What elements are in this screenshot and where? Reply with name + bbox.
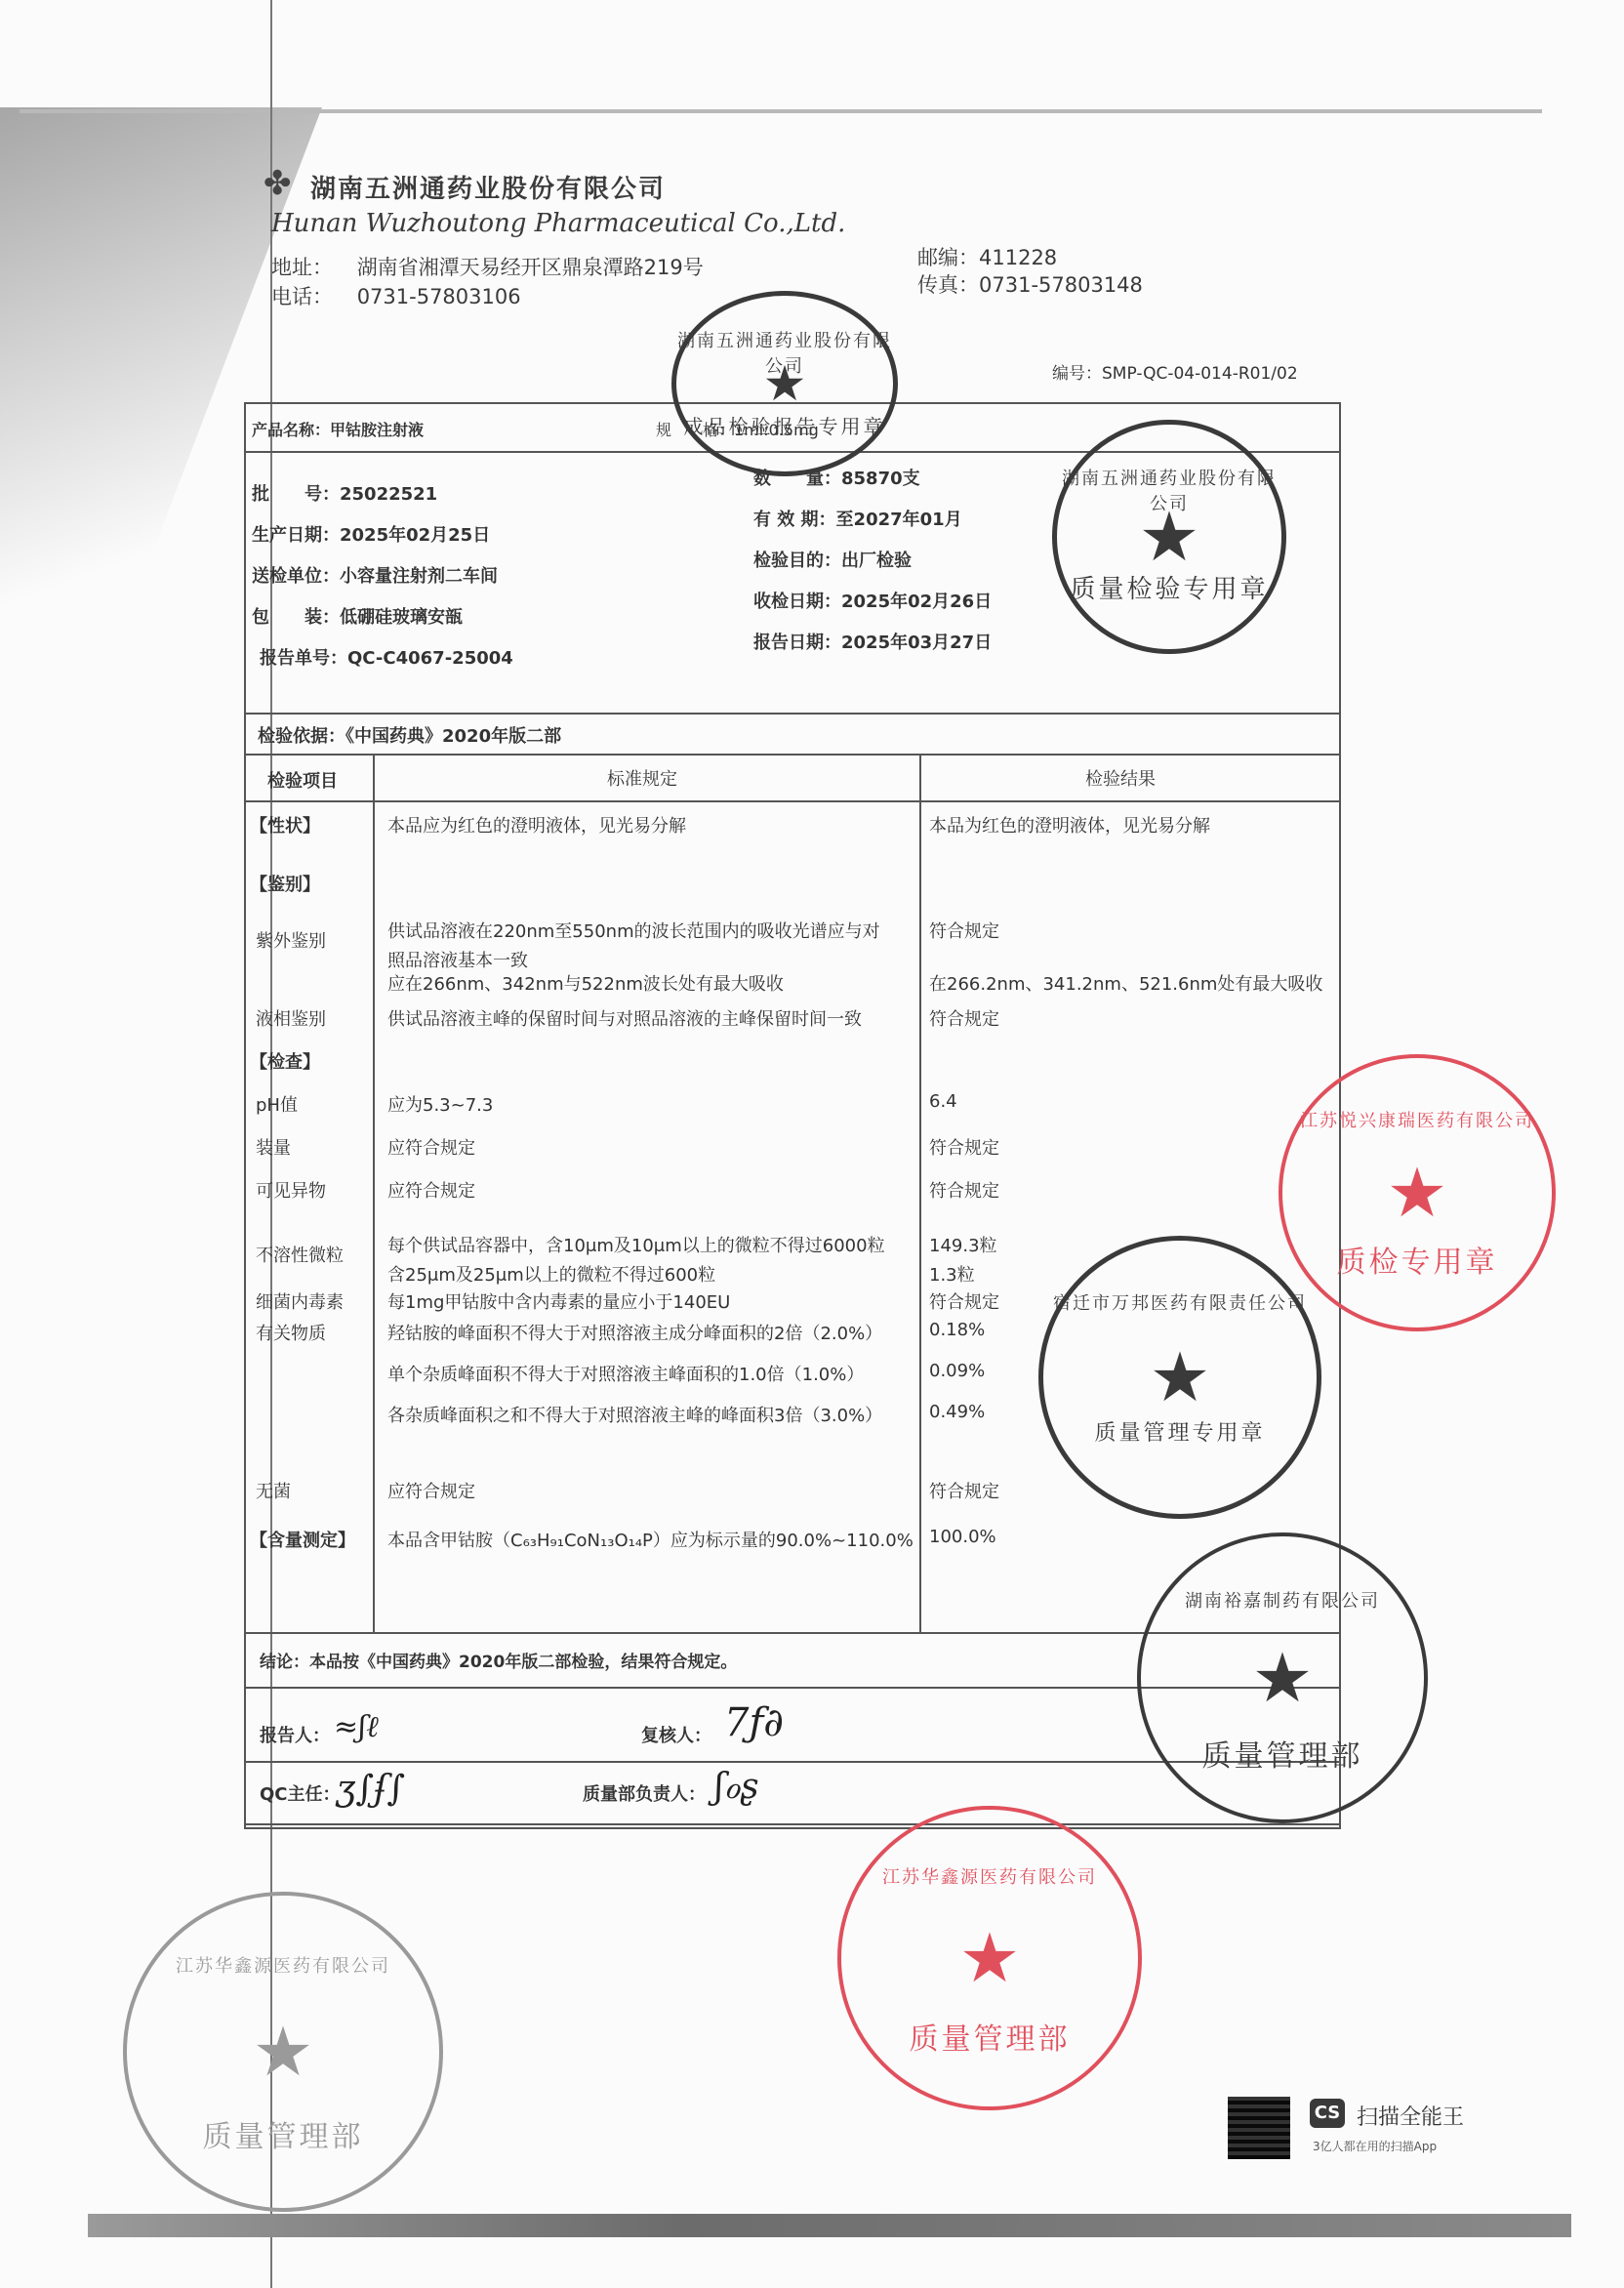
address-value: 湖南省湘潭天易经开区鼎泉潭路219号 — [357, 256, 704, 279]
row-item: 【含量测定】 — [250, 1527, 355, 1552]
divider — [246, 1823, 1339, 1825]
phone-value: 0731-57803106 — [357, 285, 521, 308]
stamp-text: 江苏华鑫源医药有限公司 — [841, 1863, 1138, 1889]
scan-edge-bottom — [88, 2214, 1571, 2237]
row-item: 紫外鉴别 — [256, 927, 326, 953]
col-divider — [373, 754, 375, 1632]
product-field: 产品名称：甲钴胺注射液 — [252, 418, 424, 440]
row-result: 符合规定 — [929, 1288, 999, 1314]
row-result: 符合规定 — [929, 1134, 999, 1160]
row-standard: 供试品溶液在220nm至550nm的波长范围内的吸收光谱应与对 — [387, 918, 880, 943]
qc-head-label: QC主任： — [260, 1780, 341, 1806]
phone-line: 电话： 0731-57803106 — [271, 281, 521, 310]
row-result: 6.4 — [929, 1091, 957, 1112]
star-icon: ★ — [1252, 1644, 1314, 1712]
row-result: 1.3粒 — [929, 1261, 975, 1287]
stamp-text: 质量管理部 — [127, 2112, 439, 2155]
row-standard: 应符合规定 — [387, 1478, 475, 1503]
row-item: 不溶性微粒 — [256, 1242, 344, 1267]
reporter-label: 报告人： — [260, 1722, 330, 1747]
stamp-suqian-wanbang: 宿迁市万邦医药有限责任公司 ★ 质量管理专用章 — [1038, 1236, 1321, 1519]
row-item: 细菌内毒素 — [256, 1288, 344, 1314]
header-divider — [246, 800, 1339, 802]
row-standard: 应符合规定 — [387, 1134, 475, 1160]
qa-head-label: 质量部负责人： — [583, 1780, 706, 1806]
scan-edge-top — [20, 109, 1542, 113]
row-item: 【鉴别】 — [250, 871, 320, 896]
stamp-jiangsu-huaxinyuan-red: 江苏华鑫源医药有限公司 ★ 质量管理部 — [837, 1806, 1142, 2110]
row-item: 液相鉴别 — [256, 1005, 326, 1031]
submitter-field: 送检单位：小容量注射剂二车间 — [252, 562, 498, 588]
basis-field: 检验依据：《中国药典》2020年版二部 — [258, 722, 561, 748]
stamp-quality-inspection: 湖南五洲通药业股份有限公司 ★ 质量检验专用章 — [1052, 420, 1286, 654]
scanner-app-name: 扫描全能王 — [1357, 2101, 1464, 2131]
row-standard: 应为5.3~7.3 — [387, 1091, 493, 1117]
mfg-date-field: 生产日期：2025年02月25日 — [252, 521, 490, 547]
qc-head-signature: ʒ∫ʄ∫ — [336, 1769, 405, 1809]
row-standard: 各杂质峰面积之和不得大于对照溶液主峰的峰面积3倍（3.0%） — [387, 1402, 882, 1427]
row-result: 149.3粒 — [929, 1232, 997, 1257]
stamp-text: 质检专用章 — [1282, 1238, 1552, 1281]
expiry-field: 有 效 期：至2027年01月 — [753, 506, 962, 531]
fax-value: 0731-57803148 — [979, 273, 1143, 297]
row-result: 符合规定 — [929, 1478, 999, 1503]
document-number: 编号：SMP-QC-04-014-R01/02 — [1052, 359, 1298, 384]
stamp-text: 成品检验报告专用章 — [676, 411, 893, 439]
stamp-text: 质量管理专用章 — [1043, 1416, 1317, 1447]
purpose-field: 检验目的：出厂检验 — [753, 547, 912, 572]
stamp-text: 质量管理部 — [1141, 1732, 1424, 1775]
stamp-text: 宿迁市万邦医药有限责任公司 — [1043, 1289, 1317, 1315]
fax-line: 传真：0731-57803148 — [917, 269, 1143, 299]
qr-code-icon[interactable] — [1228, 2097, 1290, 2159]
star-icon: ★ — [959, 1924, 1021, 1992]
conclusion: 结论：本品按《中国药典》2020年版二部检验，结果符合规定。 — [260, 1648, 737, 1672]
row-item: 【性状】 — [250, 812, 320, 838]
phone-label: 电话： — [271, 285, 333, 308]
doc-no-value: SMP-QC-04-014-R01/02 — [1102, 364, 1298, 384]
star-icon: ★ — [1139, 503, 1200, 571]
scanner-tagline: 3亿人都在用的扫描App — [1313, 2138, 1437, 2154]
address-line: 地址： 湖南省湘潭天易经开区鼎泉潭路219号 — [271, 252, 704, 281]
camscanner-logo-icon: CS — [1310, 2099, 1345, 2128]
stamp-text: 湖南裕嘉制药有限公司 — [1141, 1587, 1424, 1613]
star-icon: ★ — [253, 2018, 314, 2086]
reviewer-signature: 7ƒ∂ — [724, 1700, 784, 1745]
star-icon: ★ — [1150, 1343, 1211, 1411]
row-result: 符合规定 — [929, 1005, 999, 1031]
row-item: 可见异物 — [256, 1177, 326, 1203]
row-item: 有关物质 — [256, 1320, 326, 1345]
company-name-en: Hunan Wuzhoutong Pharmaceutical Co.,Ltd. — [271, 209, 845, 238]
stamp-text: 江苏悦兴康瑞医药有限公司 — [1282, 1107, 1552, 1132]
stamp-text: 江苏华鑫源医药有限公司 — [127, 1952, 439, 1978]
row-standard: 应在266nm、342nm与522nm波长处有最大吸收 — [387, 970, 784, 996]
header-result: 检验结果 — [1085, 765, 1156, 791]
company-logo-icon: ✤ — [264, 164, 292, 203]
address-label: 地址： — [271, 256, 333, 279]
company-name-cn: 湖南五洲通药业股份有限公司 — [310, 169, 666, 205]
stamp-text: 质量检验专用章 — [1057, 569, 1281, 605]
row-standard: 本品含甲钴胺（C₆₃H₉₁CoN₁₃O₁₄P）应为标示量的90.0%~110.0… — [387, 1527, 913, 1552]
row-result: 100.0% — [929, 1527, 996, 1547]
row-standard: 供试品溶液主峰的保留时间与对照品溶液的主峰保留时间一致 — [387, 1005, 862, 1031]
row-result: 0.09% — [929, 1361, 985, 1381]
row-result: 符合规定 — [929, 1177, 999, 1203]
stamp-hunan-yujia: 湖南裕嘉制药有限公司 ★ 质量管理部 — [1137, 1532, 1428, 1823]
row-result: 0.49% — [929, 1402, 985, 1422]
row-standard: 单个杂质峰面积不得大于对照溶液主峰面积的1.0倍（1.0%） — [387, 1361, 864, 1386]
report-no-field: 报告单号：QC-C4067-25004 — [260, 644, 513, 670]
row-item: 装量 — [256, 1134, 291, 1160]
postcode-label: 邮编： — [917, 246, 979, 269]
stamp-finished-product-report: 湖南五洲通药业股份有限公司 ★ 成品检验报告专用章 — [671, 291, 898, 476]
row-standard: 本品应为红色的澄明液体，见光易分解 — [387, 812, 686, 838]
postcode-line: 邮编：411228 — [917, 242, 1057, 271]
row-result: 符合规定 — [929, 918, 999, 943]
row-item: pH值 — [256, 1091, 298, 1117]
row-standard: 每个供试品容器中，含10μm及10μm以上的微粒不得过6000粒 — [387, 1232, 885, 1257]
col-divider — [919, 754, 921, 1632]
row-result: 0.18% — [929, 1320, 985, 1340]
basis-row: 检验依据：《中国药典》2020年版二部 — [244, 711, 1341, 756]
row-result: 本品为红色的澄明液体，见光易分解 — [929, 812, 1210, 838]
row-standard: 含25μm及25μm以上的微粒不得过600粒 — [387, 1261, 715, 1287]
report-date-field: 报告日期：2025年03月27日 — [753, 629, 992, 654]
postcode-value: 411228 — [979, 246, 1057, 269]
fax-label: 传真： — [917, 273, 979, 297]
received-date-field: 收检日期：2025年02月26日 — [753, 588, 992, 613]
qa-head-signature: ʃℴʂ — [714, 1767, 758, 1807]
row-item: 无菌 — [256, 1478, 291, 1503]
batch-field: 批 号：25022521 — [252, 480, 437, 506]
row-standard: 照品溶液基本一致 — [387, 947, 528, 972]
stamp-jiangsu-huaxinyuan-gray: 江苏华鑫源医药有限公司 ★ 质量管理部 — [123, 1892, 443, 2212]
header-standard: 标准规定 — [607, 765, 677, 791]
doc-no-label: 编号： — [1052, 364, 1102, 384]
star-icon: ★ — [763, 359, 807, 408]
reporter-signature: ≈ʃℓ — [334, 1710, 379, 1744]
reviewer-label: 复核人： — [641, 1722, 711, 1747]
star-icon: ★ — [1387, 1159, 1448, 1227]
row-standard: 每1mg甲钴胺中含内毒素的量应小于140EU — [387, 1288, 730, 1314]
row-standard: 羟钴胺的峰面积不得大于对照溶液主成分峰面积的2倍（2.0%） — [387, 1320, 882, 1345]
header-item: 检验项目 — [267, 767, 338, 793]
row-result: 在266.2nm、341.2nm、521.6nm处有最大吸收 — [929, 970, 1322, 996]
stamp-jiangsu-yuexing: 江苏悦兴康瑞医药有限公司 ★ 质检专用章 — [1279, 1054, 1556, 1331]
stamp-text: 质量管理部 — [841, 2015, 1138, 2058]
row-standard: 应符合规定 — [387, 1177, 475, 1203]
row-item: 【检查】 — [250, 1048, 320, 1074]
package-field: 包 装：低硼硅玻璃安瓿 — [252, 603, 463, 629]
